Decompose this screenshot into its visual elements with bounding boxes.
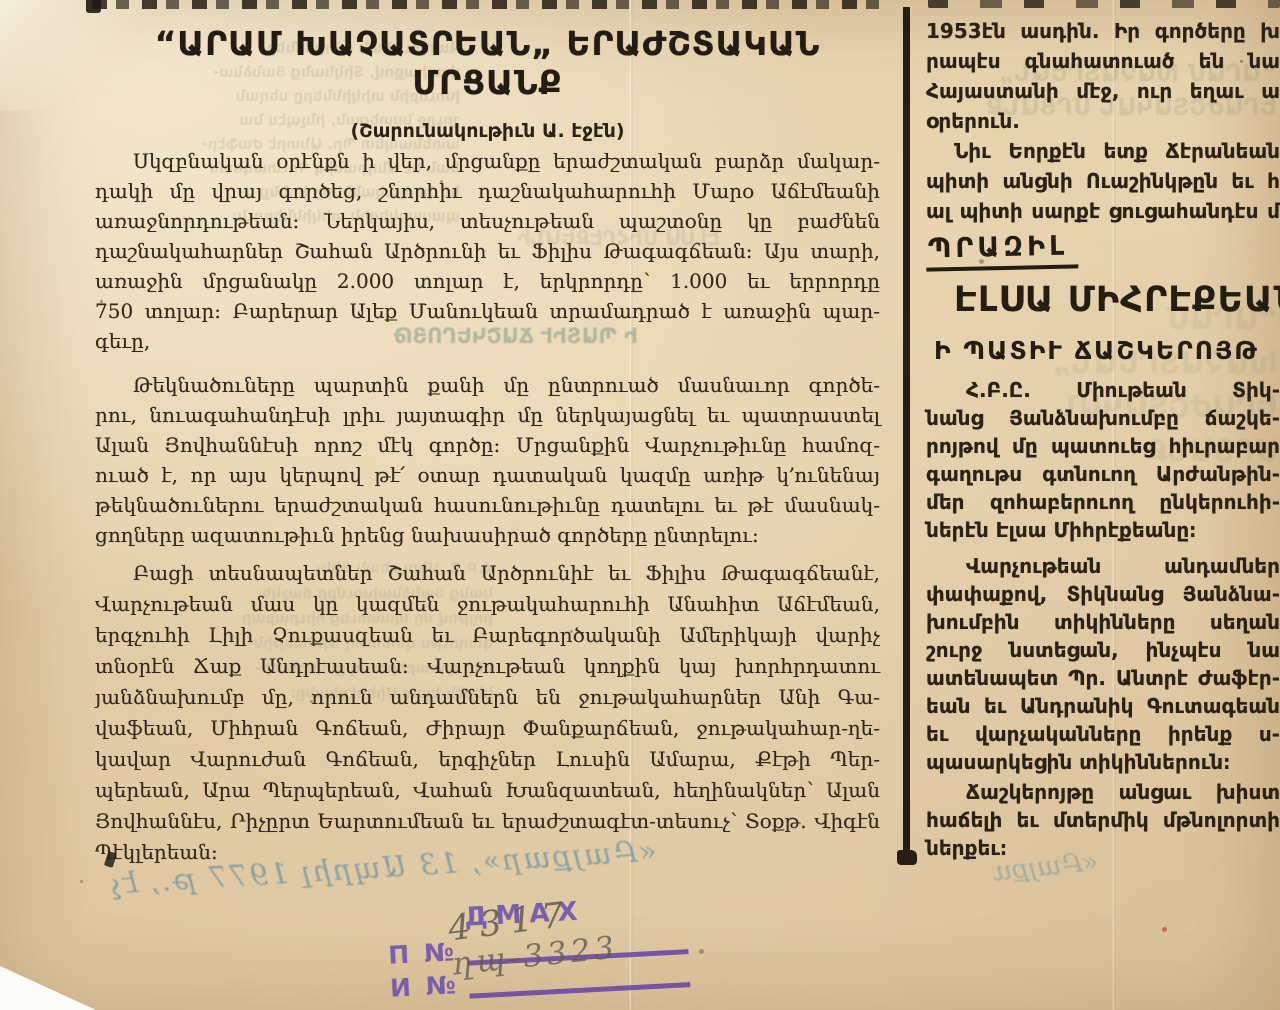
text-line: Բացի տեսնապետներ Շահան Արծրունիէ եւ Ֆիլի…	[95, 558, 880, 589]
text-line: րու, նուագահանդէսի լրիւ յայտագիր մը ներկ…	[95, 400, 880, 430]
text-line: րապէս գնահատուած են նա	[926, 46, 1280, 76]
text-line: եւ վարչականները իրենք ս-	[926, 720, 1280, 748]
text-line: ուած է, որ այս կերպով թէ՛ օտար դատական կ…	[95, 460, 880, 490]
text-line: մեր զոհաբերուող ընկերուհի-	[926, 488, 1280, 516]
text-line: յանձնախումբ մը, որուն անդամներն են ջութա…	[95, 682, 880, 713]
article-headline: “ԱՐԱՄ ԽԱՉԱՏՐԵԱՆ„ ԵՐԱԺՇՏԱԿԱՆ ՄՐՑԱՆՔ	[95, 24, 880, 102]
text-line: պասարկեցին տիկիններուն։	[926, 748, 1280, 776]
text-line: առաջնորդութեան։ Ներկայիս, տեսչութեան պաշ…	[95, 206, 880, 236]
main-article: “ԱՐԱՄ ԽԱՉԱՏՐԵԱՆ„ ԵՐԱԺՇՏԱԿԱՆ ՄՐՑԱՆՔ (Շարո…	[95, 24, 880, 142]
text-line: վաֆեան, Միհրան Գոճեան, Ժիրայր Փանքարճեան…	[95, 713, 880, 744]
cropped-text-band	[92, 0, 880, 9]
article-paragraph: Սկզբնական օրէնքն ի վեր, մրցանքը երաժշտակ…	[95, 146, 880, 356]
scanned-newspaper-page: Վարչութեան անդամներփափաքով, Տիկնանց Յանձ…	[0, 0, 1280, 1010]
text-line: Նիւ Եորքէն ետք Ճէրանեան	[926, 136, 1280, 166]
text-line: Թեկնածուները պարտին քանի մը ընտրուած մաս…	[95, 370, 880, 400]
text-line: փափաքով, Տիկնանց Յանձնա-	[926, 580, 1280, 608]
secondary-subheadline: Ի ՊԱՏԻՒ ՃԱՇԿԵՐՈՅԹ	[934, 336, 1280, 365]
text-line: թեկնածուներու երաժշտական հասունութիւնը դ…	[95, 490, 880, 520]
article-paragraph: Բացի տեսնապետներ Շահան Արծրունիէ եւ Ֆիլի…	[95, 558, 880, 868]
article-paragraph: Ճաշկերոյթը անցաւ խիստհաճելի եւ մտերմիկ մ…	[926, 778, 1280, 862]
cropped-text-band	[86, 0, 101, 13]
text-line: նանց Յանձնախումբը ճաշկե-	[926, 404, 1280, 432]
text-line: պերեան, Արա Պերպերեան, Վահան Խանզատեան, …	[95, 775, 880, 806]
article-paragraph: Հ.Բ.Ը. Միութեան Տիկ-նանց Յանձնախումբը ճա…	[926, 376, 1280, 544]
text-line: երգչուհի Լիլի Չուքասզեան եւ Բարեգործական…	[95, 620, 880, 651]
text-line: շուրջ նստեցան, ինչպէս նա	[926, 636, 1280, 664]
text-line: ալ պիտի սարքէ ցուցահանդէս մ	[926, 196, 1280, 226]
text-line: րոյթով մը պատուեց հիւրաբար	[926, 432, 1280, 460]
text-line: եան եւ Անդրանիկ Գուտագեան	[926, 692, 1280, 720]
text-line: խումբին տիկինները սեղան	[926, 608, 1280, 636]
text-line: ներէն Էլսա Միհրէքեանը։	[926, 516, 1280, 544]
text-line: առաջին մրցանակը 2.000 տոլար է, երկրորդը՝…	[95, 266, 880, 296]
cropped-text-band	[928, 0, 1280, 8]
article-paragraph: Թեկնածուները պարտին քանի մը ընտրուած մաս…	[95, 370, 880, 550]
text-line: կավար Վարուժան Գոճեան, երգիչներ Լուսին Ա…	[95, 744, 880, 775]
text-line: Ճաշկերոյթը անցաւ խիստ	[926, 778, 1280, 806]
text-line: ատենապետ Պր. Անտրէ Ժաֆէր-	[926, 664, 1280, 692]
text-line: օրերուն.	[926, 106, 1280, 136]
text-line: Հայաստանի մէջ, ուր եղաւ ա	[926, 76, 1280, 106]
text-line: դաշնակահարներ Շահան Արծրունի եւ Ֆիլիս Թա…	[95, 236, 880, 266]
secondary-headline: ԷԼՍԱ ՄԻՀՐԷՔԵԱՆԻ	[954, 280, 1280, 320]
stamp-row-label: П №	[388, 937, 458, 970]
text-line: տնօրէն Ճաք Անդրէասեան։ Վարչութեան կողքին…	[95, 651, 880, 682]
text-line: Վարչութեան մաս կը կազմեն ջութակահարուհի …	[95, 589, 880, 620]
text-line: Ալան Յովհաննէսի որոշ մէկ գործը։ Մրցանքին…	[95, 430, 880, 460]
text-line: գաղութս գտնուող Արժանթին-	[926, 460, 1280, 488]
text-line: ցողները ազատութիւն իրենց նախասիրած գործե…	[95, 520, 880, 550]
handwritten-note-fragment: «Բայքար», 13 Ապրիլ 1977 թ., էջ 1-2.	[992, 847, 1103, 922]
article-continuation-text: 1953էն ասդին. Իր գործերը խրապէս գնահատու…	[926, 16, 1280, 226]
text-line: 750 տոլար։ Բարերար Ալեք Մանուկեան տրամադ…	[95, 296, 880, 326]
text-line: Սկզբնական օրէնքն ի վեր, մրցանքը երաժշտակ…	[95, 146, 880, 176]
article-subtitle: (Շարունակութիւն Ա. էջէն)	[95, 120, 880, 142]
text-line: 1953էն ասդին. Իր գործերը խ	[926, 16, 1280, 46]
section-label: ՊՐԱԶԻԼ	[926, 230, 1079, 271]
article-paragraph: Վարչութեան անդամներփափաքով, Տիկնանց Յանձ…	[926, 552, 1280, 776]
text-line: Յովհաննէս, Րիչըրտ Եարտումեան եւ երաժշտագ…	[95, 806, 880, 837]
text-line: գեւը,	[95, 326, 880, 356]
text-line: Վարչութեան անդամներ	[926, 552, 1280, 580]
text-line: հաճելի եւ մտերմիկ մթնոլորտի	[926, 806, 1280, 834]
text-line: Հ.Բ.Ը. Միութեան Տիկ-	[926, 376, 1280, 404]
text-line: ներքեւ։	[926, 834, 1280, 862]
text-line: պիտի անցնի Ուաշինկթըն եւ հ	[926, 166, 1280, 196]
column-divider-rule	[903, 7, 910, 863]
text-line: դակի մը վրայ գործեց, շնորհիւ դաշնակահարո…	[95, 176, 880, 206]
stamp-row-label: И №	[389, 970, 459, 1003]
